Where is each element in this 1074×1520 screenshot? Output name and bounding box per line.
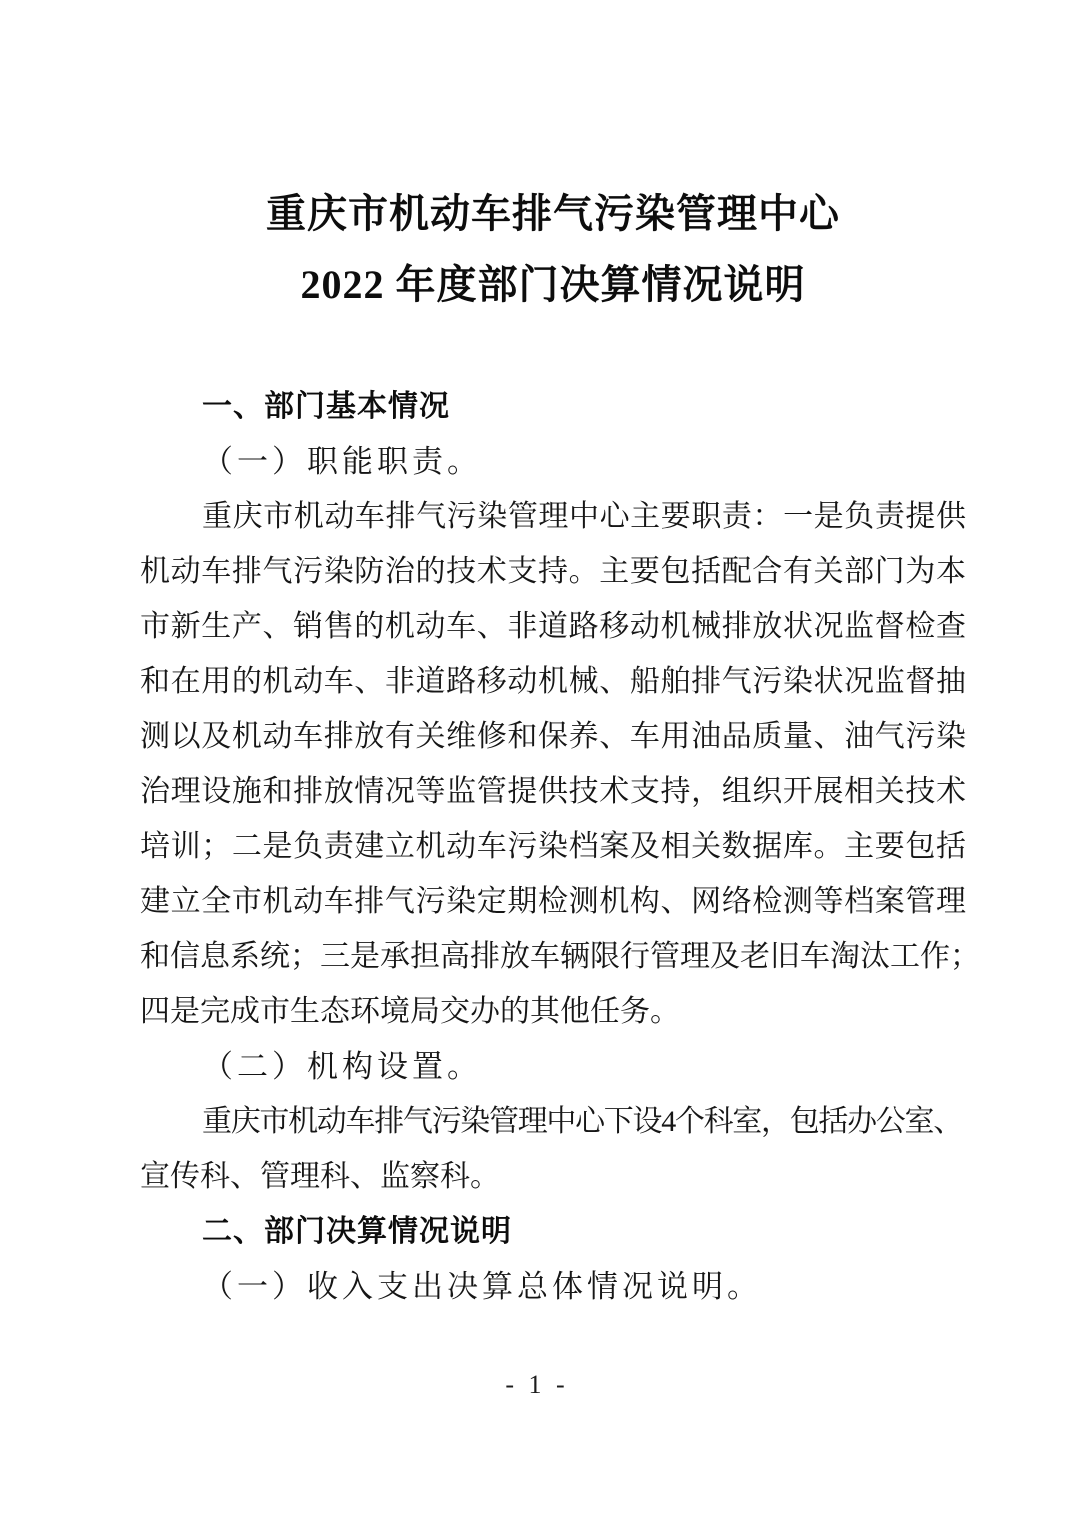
section-2-subsection-1-heading: （一）收入支出决算总体情况说明。 bbox=[140, 1259, 966, 1314]
paragraph-1-line-1: 重庆市机动车排气污染管理中心主要职责：一是负责提供 bbox=[140, 489, 966, 544]
paragraph-1-line-7: 培训；二是负责建立机动车污染档案及相关数据库。主要包括 bbox=[140, 819, 966, 874]
document-title-line2: 2022 年度部门决算情况说明 bbox=[140, 261, 966, 309]
page-number: - 1 - bbox=[0, 1370, 1074, 1400]
paragraph-1-line-10: 四是完成市生态环境局交办的其他任务。 bbox=[140, 984, 966, 1039]
document-page: 重庆市机动车排气污染管理中心 2022 年度部门决算情况说明 一、部门基本情况 … bbox=[0, 0, 1074, 1520]
section-1-heading: 一、部门基本情况 bbox=[140, 379, 966, 434]
paragraph-1-line-4: 和在用的机动车、非道路移动机械、船舶排气污染状况监督抽 bbox=[140, 654, 966, 709]
paragraph-2-line-2: 宣传科、管理科、监察科。 bbox=[140, 1149, 966, 1204]
document-title: 重庆市机动车排气污染管理中心 2022 年度部门决算情况说明 bbox=[140, 190, 966, 309]
section-1-subsection-1-heading: （一）职能职责。 bbox=[140, 434, 966, 489]
document-body: 一、部门基本情况 （一）职能职责。 重庆市机动车排气污染管理中心主要职责：一是负… bbox=[140, 379, 966, 1314]
paragraph-1-line-6: 治理设施和排放情况等监管提供技术支持，组织开展相关技术 bbox=[140, 764, 966, 819]
paragraph-1-line-2: 机动车排气污染防治的技术支持。主要包括配合有关部门为本 bbox=[140, 544, 966, 599]
paragraph-1-line-9: 和信息系统；三是承担高排放车辆限行管理及老旧车淘汰工作； bbox=[140, 929, 966, 984]
document-content: 重庆市机动车排气污染管理中心 2022 年度部门决算情况说明 一、部门基本情况 … bbox=[140, 0, 966, 1314]
section-1-subsection-2-heading: （二）机构设置。 bbox=[140, 1039, 966, 1094]
paragraph-1-line-3: 市新生产、销售的机动车、非道路移动机械排放状况监督检查 bbox=[140, 599, 966, 654]
document-title-line1: 重庆市机动车排气污染管理中心 bbox=[140, 190, 966, 238]
section-2-heading: 二、部门决算情况说明 bbox=[140, 1204, 966, 1259]
paragraph-2-line-1: 重庆市机动车排气污染管理中心下设4个科室，包括办公室、 bbox=[140, 1094, 966, 1149]
paragraph-1-line-8: 建立全市机动车排气污染定期检测机构、网络检测等档案管理 bbox=[140, 874, 966, 929]
paragraph-1-line-5: 测以及机动车排放有关维修和保养、车用油品质量、油气污染 bbox=[140, 709, 966, 764]
